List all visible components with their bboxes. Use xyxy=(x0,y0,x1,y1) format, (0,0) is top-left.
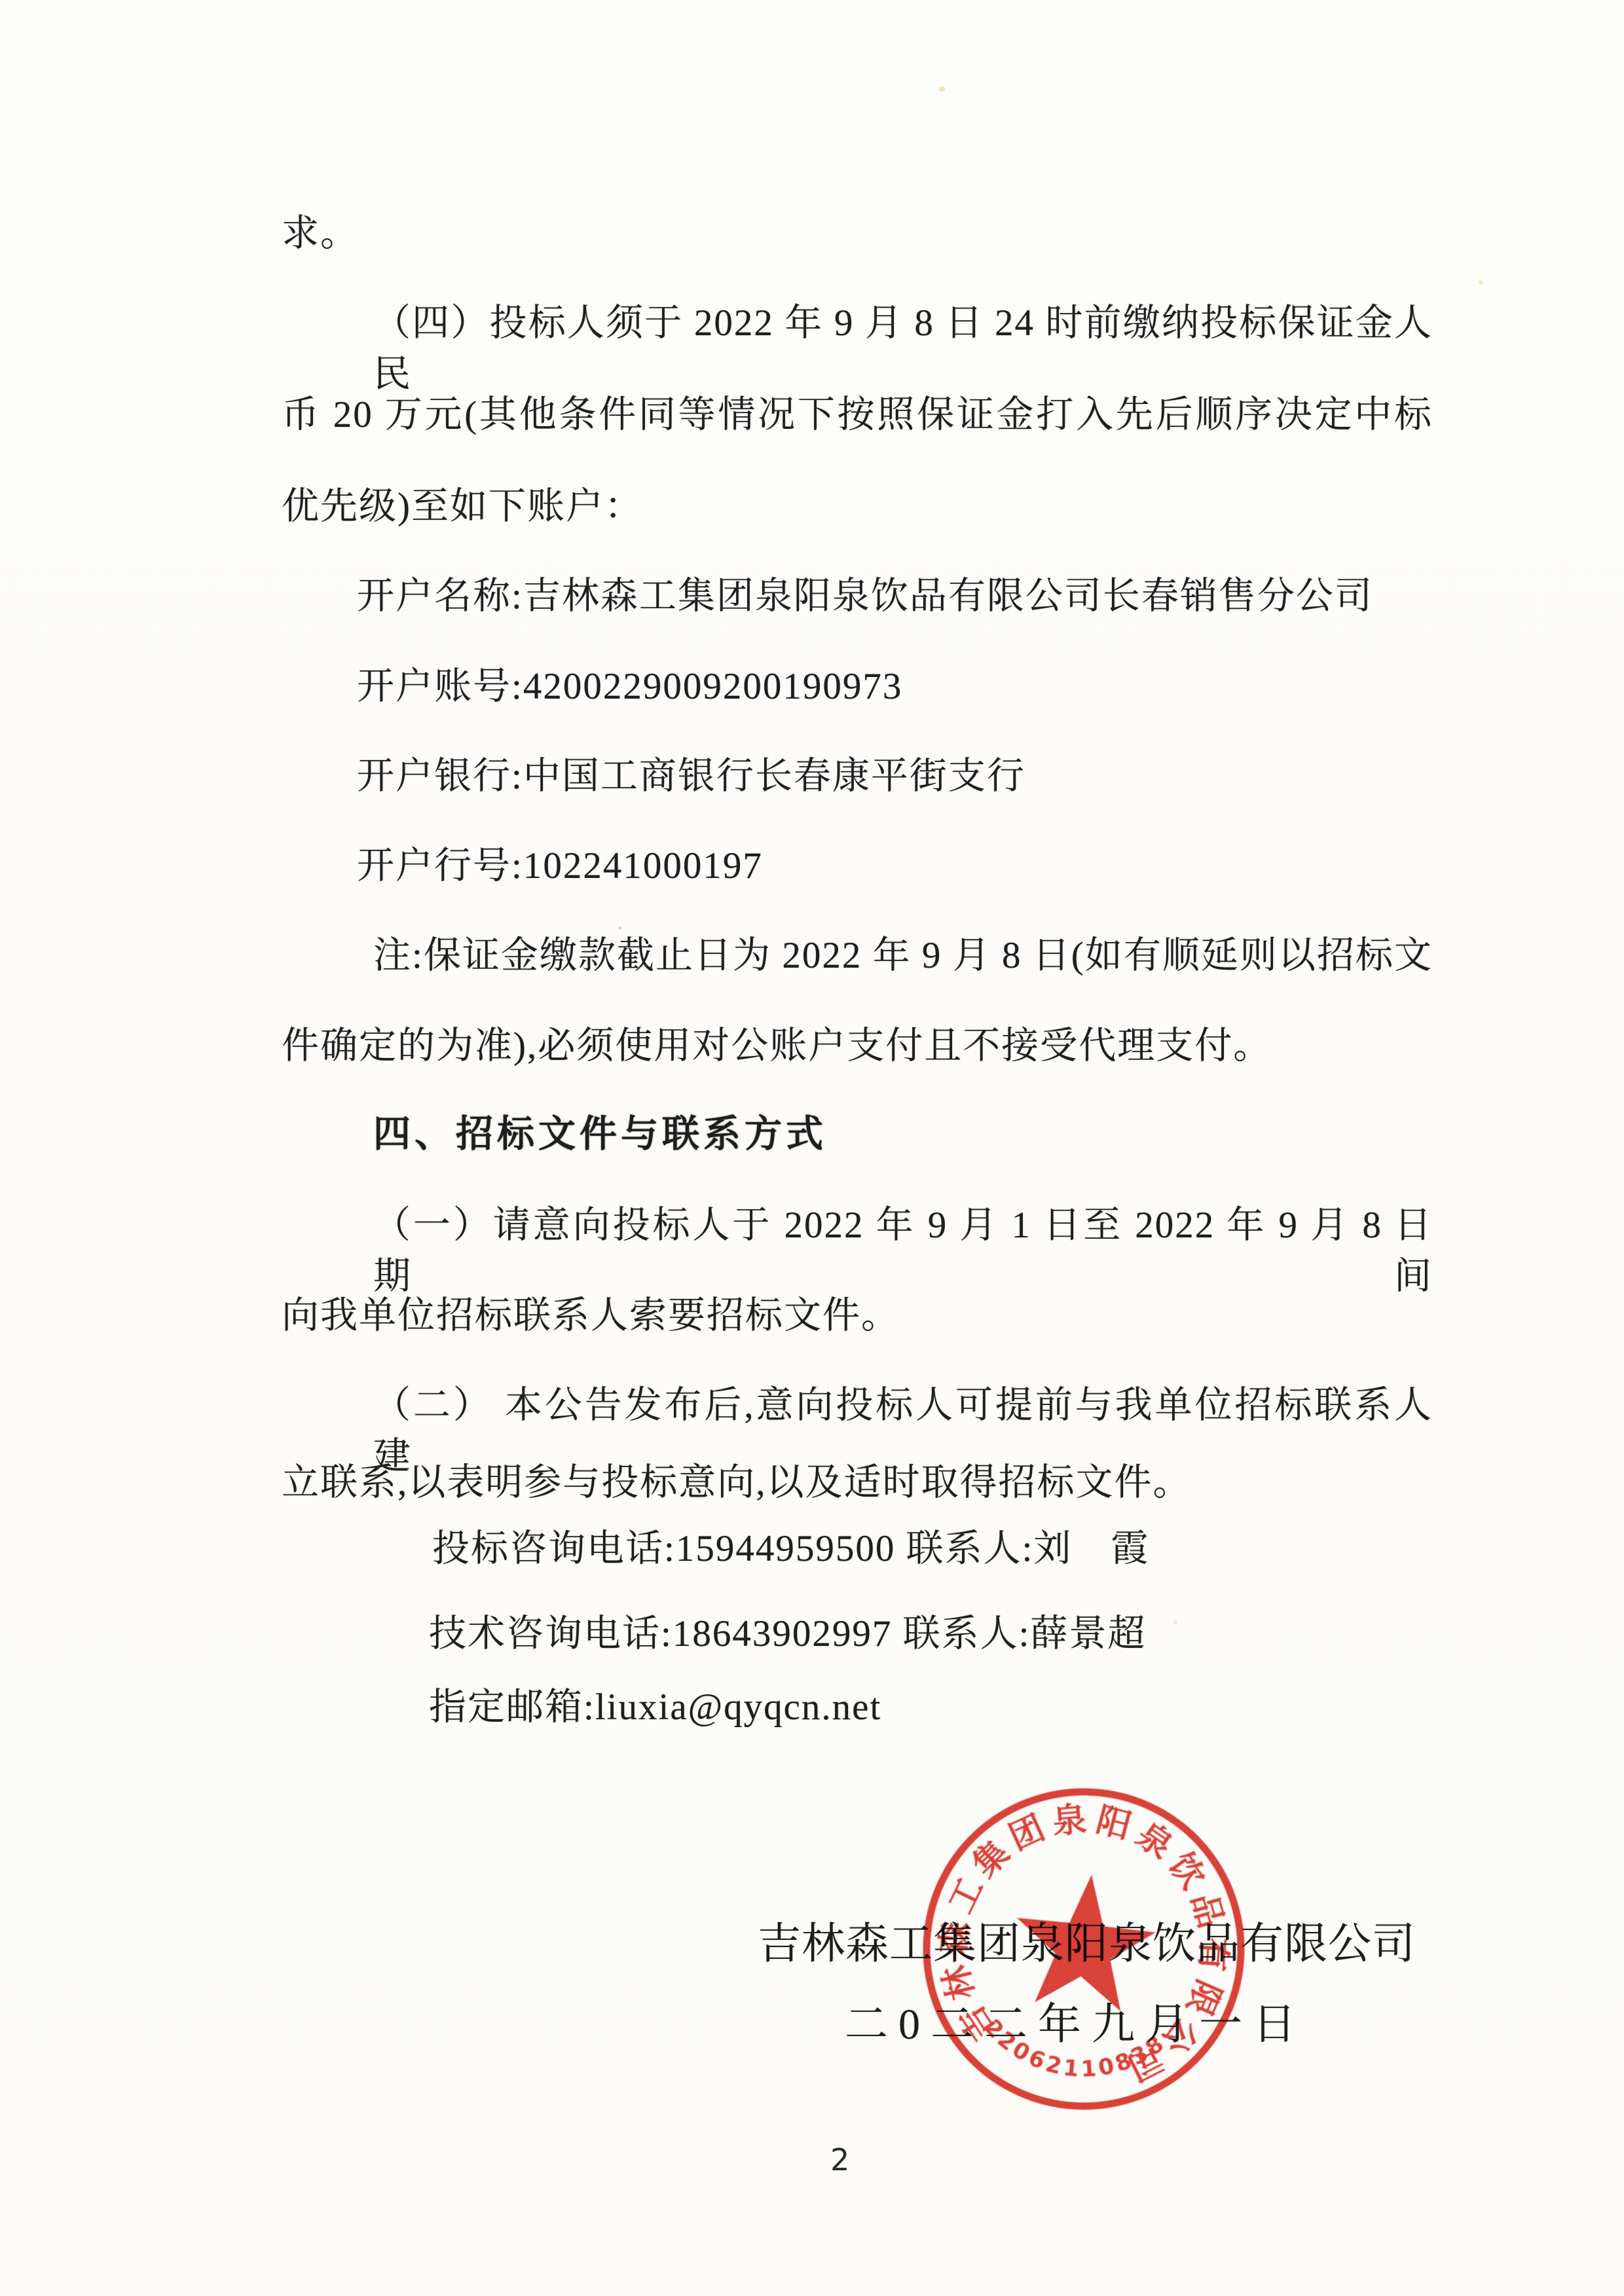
doc-line: 币 20 万元(其他条件同等情况下按照保证金打入先后顺序决定中标 xyxy=(282,390,1433,441)
bid-phone-line: 投标咨询电话:15944959500 联系人:刘 霞 xyxy=(432,1523,1149,1575)
bank-name-line: 开户银行:中国工商银行长春康平街支行 xyxy=(357,751,1025,802)
scan-speck xyxy=(1479,280,1483,285)
doc-line: 立联系,以表明参与投标意向,以及适时取得招标文件。 xyxy=(282,1457,1192,1508)
doc-line: （一）请意向投标人于 2022 年 9 月 1 日至 2022 年 9 月 8 … xyxy=(373,1200,1433,1302)
page-number: 2 xyxy=(830,2142,849,2178)
account-name-line: 开户名称:吉林森工集团泉阳泉饮品有限公司长春销售分公司 xyxy=(357,571,1373,622)
email-line: 指定邮箱:liuxia@qyqcn.net xyxy=(429,1682,881,1733)
doc-line: 求。 xyxy=(282,208,359,259)
seal-star-icon xyxy=(1008,1867,1161,2014)
bank-code-line: 开户行号:102241000197 xyxy=(357,841,763,892)
note-line: 件确定的为准),必须使用对公账户支付且不接受代理支付。 xyxy=(282,1021,1272,1072)
section-heading: 四、招标文件与联系方式 xyxy=(373,1109,827,1160)
scan-speck xyxy=(939,86,945,92)
scanned-document-page: 求。 （四）投标人须于 2022 年 9 月 8 日 24 时前缴纳投标保证金人… xyxy=(0,0,1624,2296)
note-line: 注:保证金缴款截止日为 2022 年 9 月 8 日(如有顺延则以招标文 xyxy=(373,930,1433,981)
scan-speck xyxy=(1173,1620,1177,1624)
doc-line: （四）投标人须于 2022 年 9 月 8 日 24 时前缴纳投标保证金人民 xyxy=(373,298,1433,400)
doc-line: 优先级)至如下账户： xyxy=(282,481,643,532)
company-seal-stamp: 吉林森工集团泉阳泉饮品有限公司 2206211083834 xyxy=(896,1762,1271,2136)
scan-speck xyxy=(618,926,621,930)
account-number-line: 开户账号:4200229009200190973 xyxy=(357,661,902,712)
tech-phone-line: 技术咨询电话:18643902997 联系人:薛景超 xyxy=(429,1609,1146,1660)
doc-line: 向我单位招标联系人索要招标文件。 xyxy=(282,1290,900,1341)
